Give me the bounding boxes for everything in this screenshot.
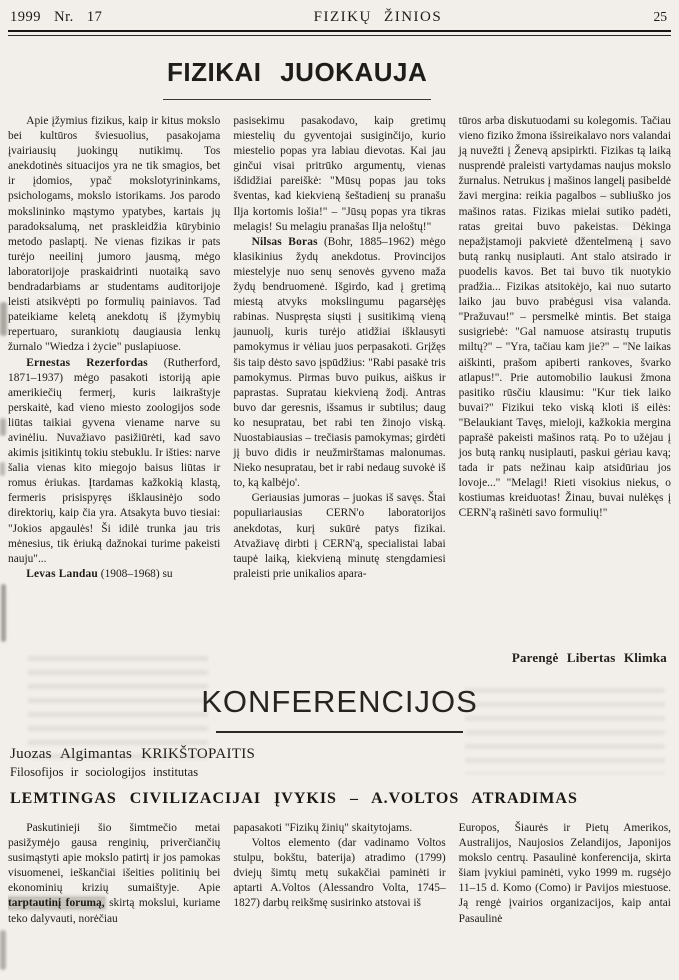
section-heading-underline — [216, 731, 463, 733]
issue-number: 1999 Nr. 17 — [10, 9, 102, 26]
paragraph: Levas Landau (1908–1968) su — [8, 567, 220, 582]
paragraph: Voltos elemento (dar vadinamo Voltos stu… — [233, 836, 445, 911]
person-name-rutherford: Ernestas Rezerfordas — [26, 357, 148, 369]
paragraph: Europos, Šiaurės ir Pietų Amerikos, Aust… — [459, 821, 671, 927]
scan-artifact — [0, 418, 6, 436]
paragraph-text: (1908–1968) su — [98, 568, 173, 580]
paragraph: Nilsas Boras (Bohr, 1885–1962) mėgo klas… — [233, 235, 445, 492]
journal-title: FIZIKŲ ŽINIOS — [314, 9, 443, 26]
paragraph: Geriausias jumoras – juokas iš savęs. Št… — [233, 491, 445, 582]
scan-artifact — [0, 302, 7, 336]
paragraph-text: (Rutherford, 1871–1937) mėgo pasakoti is… — [8, 357, 220, 565]
page-number: 25 — [653, 9, 667, 25]
article-title-fizikai-juokauja: FIZIKAI JUOKAUJA — [163, 57, 431, 100]
scan-ghost-text — [28, 656, 208, 768]
scan-artifact — [0, 462, 5, 476]
paragraph: tūros arba diskutuodami su kolegomis. Ta… — [459, 114, 671, 522]
header-double-rule — [8, 30, 671, 36]
conference-article-columns: Paskutinieji šio šimtmečio metai pasižym… — [8, 821, 671, 980]
text-column-2: papasakoti "Fizikų žinių" skaitytojams. … — [233, 821, 445, 980]
person-name-bohr: Nilsas Boras — [252, 236, 318, 248]
paragraph-text: (Bohr, 1885–1962) mėgo klasikinius žydų … — [233, 236, 445, 490]
paragraph: Apie įžymius fizikus, kaip ir kitus moks… — [8, 114, 220, 356]
paragraph-text: Paskutinieji šio šimtmečio metai pasižym… — [8, 822, 220, 894]
scanned-journal-page: 1999 Nr. 17 FIZIKŲ ŽINIOS 25 FIZIKAI JUO… — [0, 0, 679, 980]
scan-artifact — [1, 584, 6, 642]
byline: Parengė Libertas Klimka — [512, 650, 667, 666]
paragraph: papasakoti "Fizikų žinių" skaitytojams. — [233, 821, 445, 836]
conference-article-title: LEMTINGAS CIVILIZACIJAI ĮVYKIS – A.VOLTO… — [10, 790, 679, 808]
paragraph: pasisekimu pasakodavo, kaip gretimų mies… — [233, 114, 445, 235]
text-column-1: Paskutinieji šio šimtmečio metai pasižym… — [8, 821, 220, 980]
paragraph: Ernestas Rezerfordas (Rutherford, 1871–1… — [8, 356, 220, 567]
person-name-landau: Levas Landau — [26, 568, 98, 580]
scan-ghost-text — [465, 688, 665, 774]
text-column-3: Europos, Šiaurės ir Pietų Amerikos, Aust… — [459, 821, 671, 980]
text-column-1: Apie įžymius fizikus, kaip ir kitus moks… — [8, 114, 220, 650]
paragraph: Paskutinieji šio šimtmečio metai pasižym… — [8, 821, 220, 927]
text-column-2: pasisekimu pasakodavo, kaip gretimų mies… — [233, 114, 445, 650]
scan-artifact — [0, 930, 6, 970]
scan-ghost-text — [569, 180, 639, 300]
text-column-3: tūros arba diskutuodami su kolegomis. Ta… — [459, 114, 671, 650]
section-heading-konferencijos: KONFERENCIJOS — [201, 684, 478, 720]
running-head: 1999 Nr. 17 FIZIKŲ ŽINIOS 25 — [0, 0, 679, 29]
smudged-highlight-text: tarptautinį forumą, — [8, 897, 105, 909]
